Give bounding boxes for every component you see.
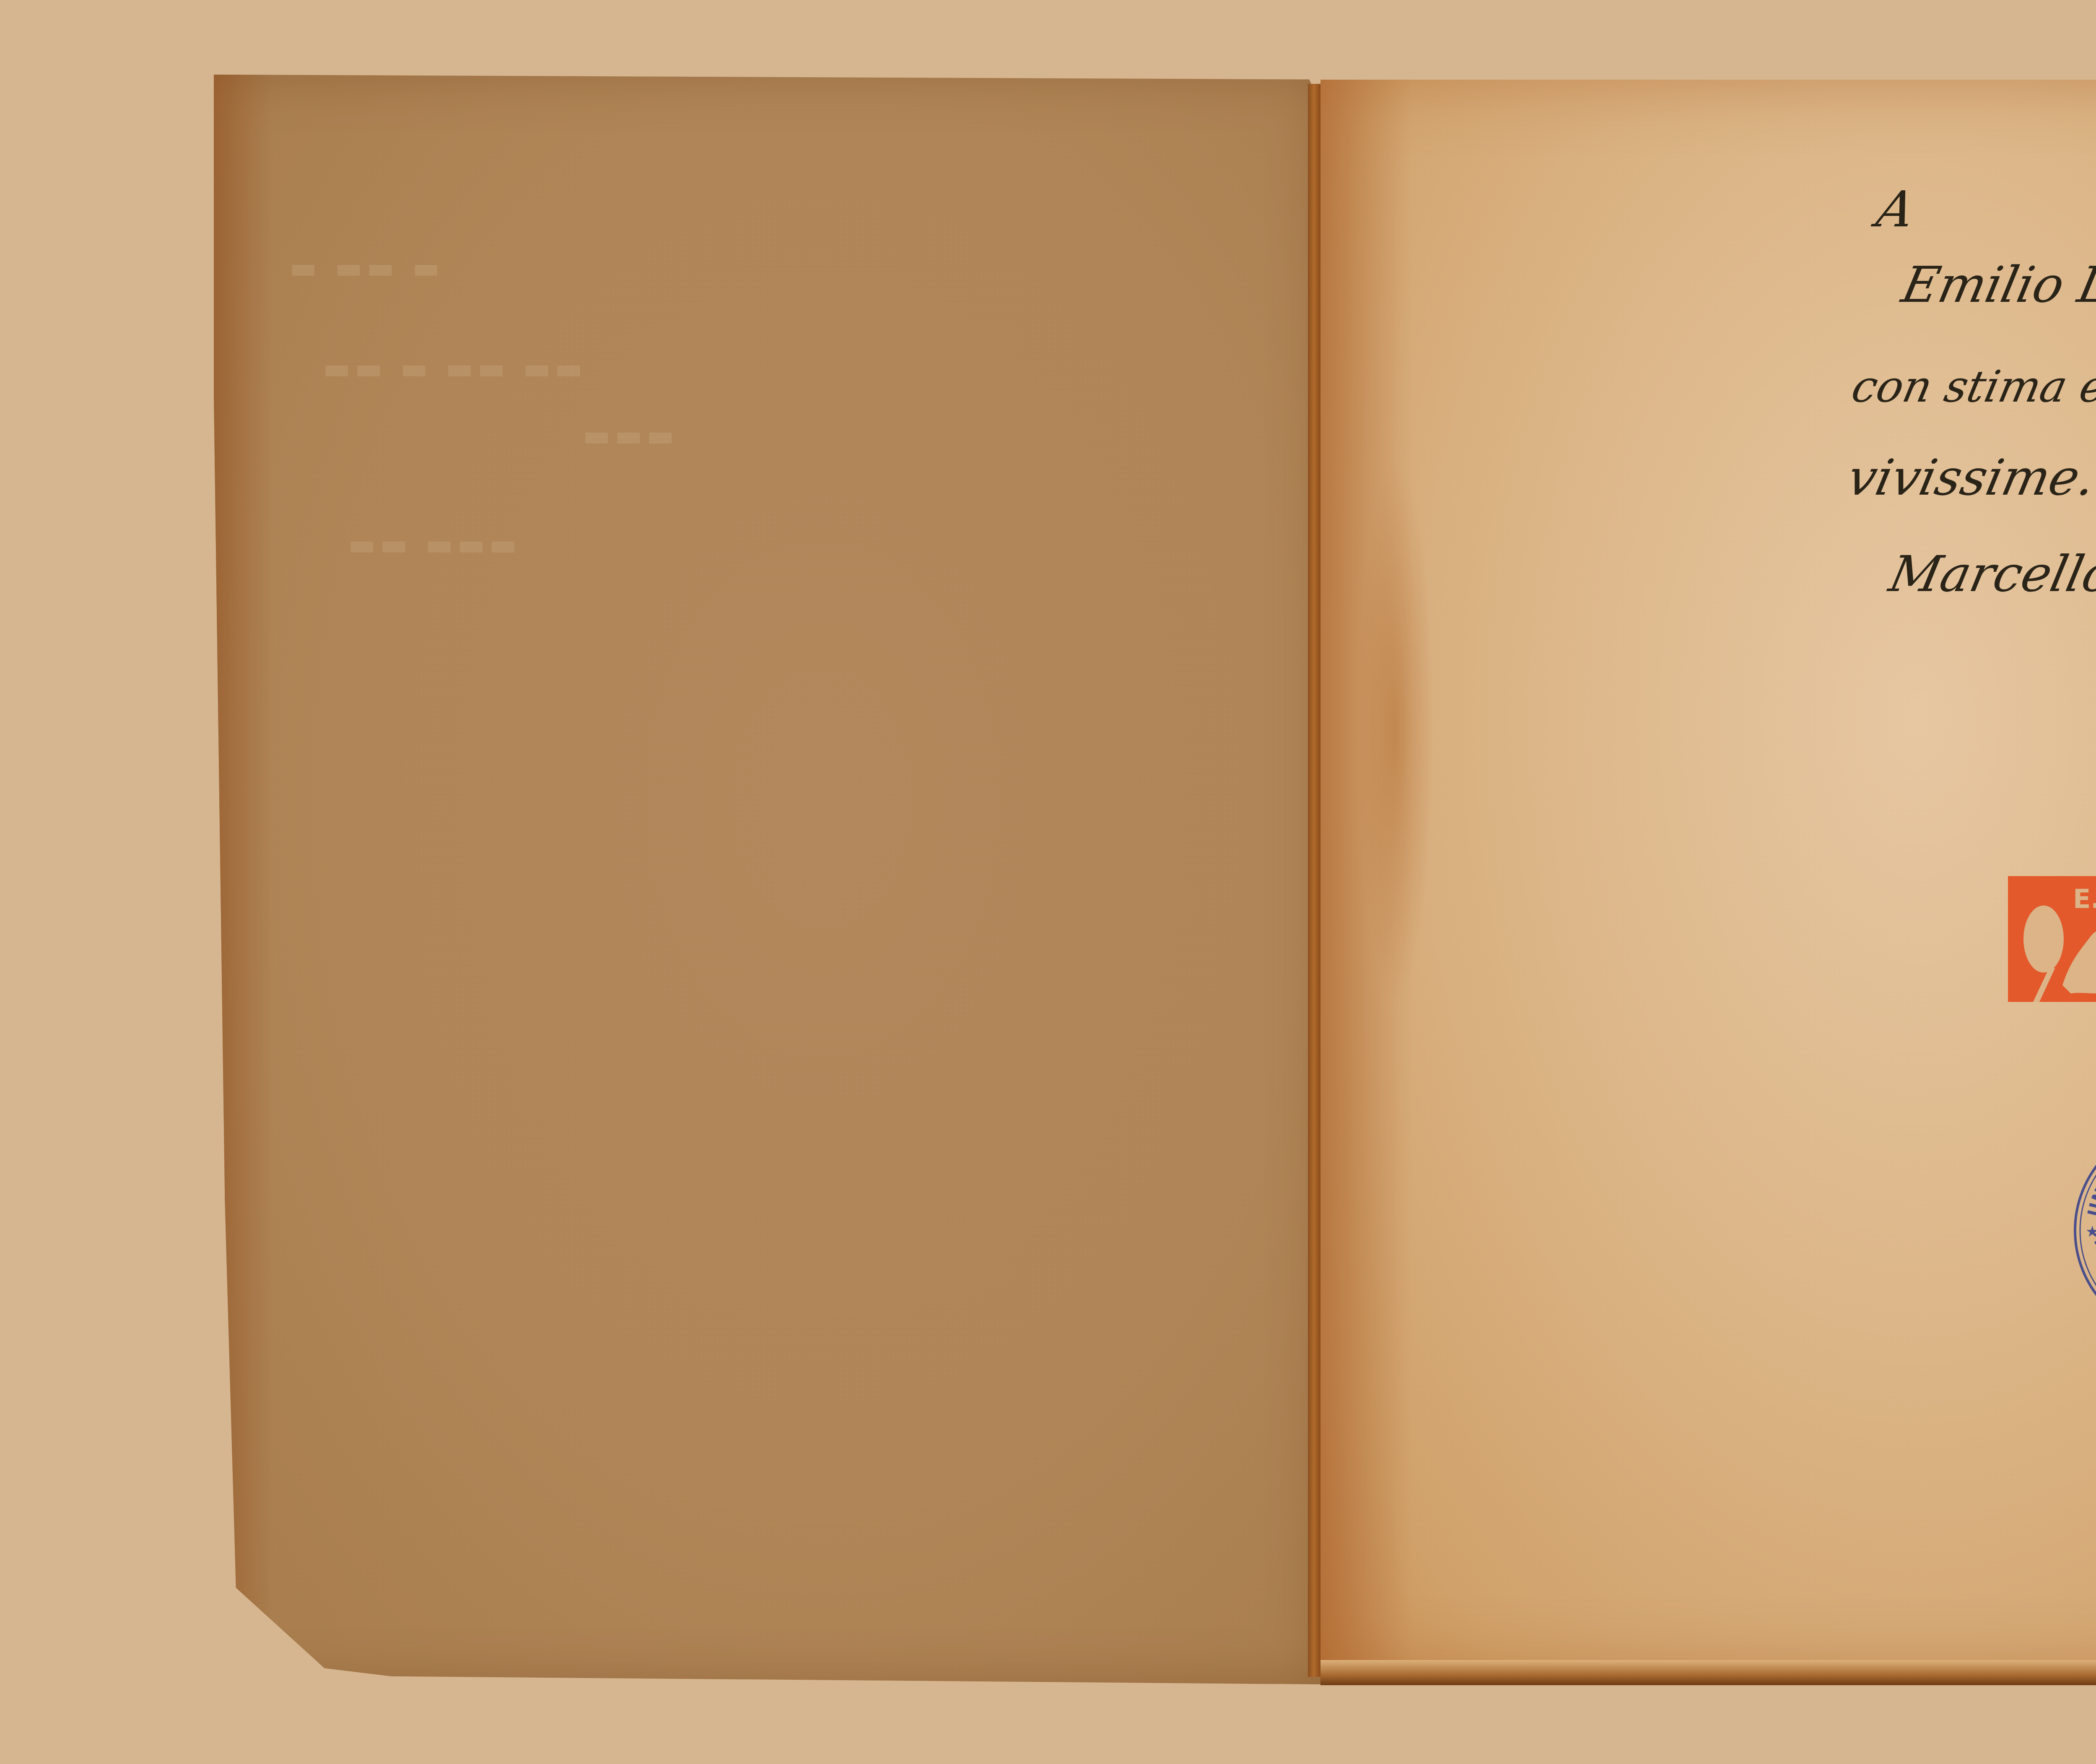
open-book: ▬ ▬▬ ▬ ▬▬ ▬ ▬▬ ▬▬ ▬▬▬ ▬▬ ▬▬▬ A Emilio Lu… [0,0,2096,1764]
left-endpaper: ▬ ▬▬ ▬ ▬▬ ▬ ▬▬ ▬▬ ▬▬▬ ▬▬ ▬▬▬ [214,75,1320,1684]
oak-leaf-and-acorn-icon [2008,876,2096,1002]
stamp-bottom-text: FACOLTA' DI LETTERE E FILOSOFIA [2069,1117,2096,1322]
university-stamp: UNIVERSITA' DI CAGLIARI SCUOLA DI SPECIA… [2069,1117,2096,1344]
page-block-edge [1320,1660,2096,1685]
dedication-recipient: Emilio Lussu [1898,260,2096,309]
show-through-text: ▬▬ ▬▬▬ [348,527,521,562]
dedication-line: vivissime. [1843,453,2096,502]
show-through-text: ▬▬▬ [583,418,678,453]
svg-text:FACOLTA' DI LETTERE E FILOSOFI: FACOLTA' DI LETTERE E FILOSOFIA [2069,1117,2096,1322]
dedication-line: con stima e simpatia [1848,365,2096,408]
show-through-text: ▬ ▬▬ ▬ [289,251,444,285]
show-through-text: ▬▬ ▬ ▬▬ ▬▬ [323,351,587,386]
right-flyleaf [1320,80,2096,1673]
dedication-signature: Marcello Capurso [1885,549,2096,599]
ex-libris-stamp: E.L. [2008,876,2096,1002]
foxing-stain [1358,457,1434,1002]
star-icon: ★ [2086,1223,2096,1240]
